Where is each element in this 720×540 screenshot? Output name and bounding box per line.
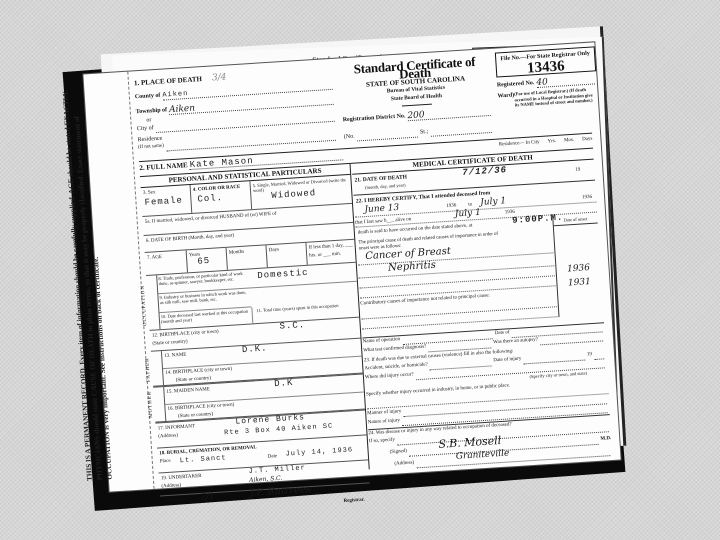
days-label: Days — [582, 136, 593, 146]
birthplace-value: S.C. — [279, 321, 305, 331]
dob-sub: (Month, day, and year) — [188, 233, 234, 241]
full-name-label: 2. FULL NAME — [139, 161, 188, 173]
date-19: 19 — [575, 166, 580, 174]
personal-particulars: PERSONAL AND STATISTICAL PARTICULARS 3. … — [140, 164, 370, 483]
cause-2-value: Nephritis — [388, 262, 436, 273]
no-label: (No. — [344, 133, 355, 143]
race-value: Col. — [197, 194, 223, 204]
operation-block: Name of operationDate of What test confi… — [362, 322, 612, 471]
registrar-label: Registrar. — [343, 497, 365, 506]
ward-label: Ward) — [497, 91, 515, 109]
registration-district-field: 200 — [407, 107, 491, 121]
street-no-field — [356, 129, 418, 142]
mother-tag-text: MOTHER — [146, 391, 156, 419]
registration-district-label: Registration District No. — [343, 112, 406, 125]
trade-value: Domestic — [249, 266, 309, 288]
residence-sub: (If not same) — [138, 143, 164, 154]
marital-value: Widowed — [271, 189, 316, 200]
age-days-cell: Days — [266, 243, 307, 267]
age-label: 7. AGE — [145, 250, 188, 275]
age-years-cell: Years65 — [187, 248, 228, 272]
attended-to: July 1 — [480, 197, 506, 207]
maiden-name-label: 15. MAIDEN NAME — [166, 387, 210, 395]
file-number: 13436 — [499, 60, 593, 74]
county-value: Aiken — [162, 90, 188, 100]
registration-district-value: 200 — [407, 110, 425, 121]
signed-label: (Signed) — [370, 448, 408, 459]
physician-address-value: Graniteville — [456, 449, 510, 462]
registrar-signature: J.P. Rattrees — [250, 486, 311, 498]
document-scan: Standard Certificate of Death For State … — [0, 0, 720, 540]
father-name-label: 13. NAME — [164, 353, 187, 359]
file-number-box: File No.—For State Registrar Only 13436 — [495, 46, 596, 77]
md-label: M.D. — [600, 435, 611, 445]
st-label: St.; — [420, 128, 429, 137]
certificate-form: 1. PLACE OF DEATH3/4 County ofAiken Town… — [134, 51, 612, 483]
full-name-value: Kate Mason — [189, 156, 254, 170]
father-name-value: D.K. — [242, 344, 268, 354]
age-months-cell: Months — [227, 245, 268, 269]
physician-signature: S.B. Mosell — [438, 434, 501, 451]
duration-caption: Date of onset — [553, 215, 597, 227]
place-of-death-block: 1. PLACE OF DEATH3/4 County ofAiken Town… — [134, 67, 338, 153]
duration-1: 1936 — [556, 263, 600, 274]
hospital-note: (For use of Local Registrar.) (If death … — [514, 86, 598, 108]
sex-value: Female — [144, 196, 183, 206]
medical-certificate: MEDICAL CERTIFICATE OF DEATH 21. DATE OF… — [352, 149, 613, 470]
injury-year: 19 — [587, 351, 593, 360]
cause-1-value: Cancer of Breast — [365, 248, 451, 261]
place-of-death-label: 1. PLACE OF DEATH — [134, 75, 202, 87]
file-number-block: File No.—For State Registrar Only 13436 … — [495, 46, 598, 109]
attended-to-year: 1936 — [582, 194, 592, 203]
divider — [402, 104, 432, 107]
yrs-label: Yrs. — [547, 138, 556, 148]
duration-2: 1931 — [557, 277, 601, 288]
occupation-tag-text: OCCUPATION — [140, 285, 151, 327]
registered-value: 40 — [536, 77, 548, 88]
last-saw-label: that I last saw h___ alive on — [355, 217, 411, 226]
maiden-name-value: D.K — [274, 379, 294, 388]
father-tag-text: FATHER — [144, 357, 154, 382]
filed-label: 20. FILED — [162, 498, 184, 504]
filed-value: 7/1 — [200, 493, 215, 502]
age-hours-cell: If less than 1 day, ___ hrs. or ___ min. — [306, 240, 355, 265]
physician-address-label: (Address) — [370, 459, 414, 471]
city-label: City of — [137, 124, 154, 134]
township-value: Aiken — [169, 104, 196, 116]
sex-cell: 3. SexFemale — [141, 185, 193, 216]
age-years-value: 65 — [197, 257, 210, 266]
place-handwritten: 3/4 — [212, 74, 227, 83]
burial-place-value: Lt. Sanct — [180, 454, 227, 465]
certificate-title-block: Standard Certificate of Death STATE OF S… — [339, 57, 493, 142]
last-saw-value: July 1 — [455, 209, 481, 219]
registered-label: Registered No. — [497, 79, 535, 90]
street-field — [430, 124, 492, 137]
mos-label: Mos. — [564, 137, 575, 147]
instructions-text: THIS IS A PERMANENT RECORD. Every item o… — [60, 80, 115, 481]
burial-date-label: Date — [268, 453, 278, 462]
burial-place-label: Place — [160, 459, 171, 465]
certificate-page: THIS IS A PERMANENT RECORD. Every item o… — [83, 42, 620, 491]
dob-label: 6. DATE OF BIRTH — [146, 236, 188, 244]
race-cell: 4. COLOR OR RACECol. — [191, 181, 253, 213]
county-label: County of — [135, 92, 161, 103]
residence-city-label: Residence— In City — [499, 139, 540, 151]
duration-column: Date of onset 1936 1931 — [552, 215, 603, 318]
filed-year: 1936 — [230, 494, 240, 503]
if-so-label: If so, specify — [369, 437, 395, 448]
date-of-death-value: 7/12/36 — [462, 166, 507, 177]
causes-block: Cancer of Breast Nephritis Contributory … — [357, 241, 557, 329]
attended-from: June 13 — [364, 204, 399, 214]
